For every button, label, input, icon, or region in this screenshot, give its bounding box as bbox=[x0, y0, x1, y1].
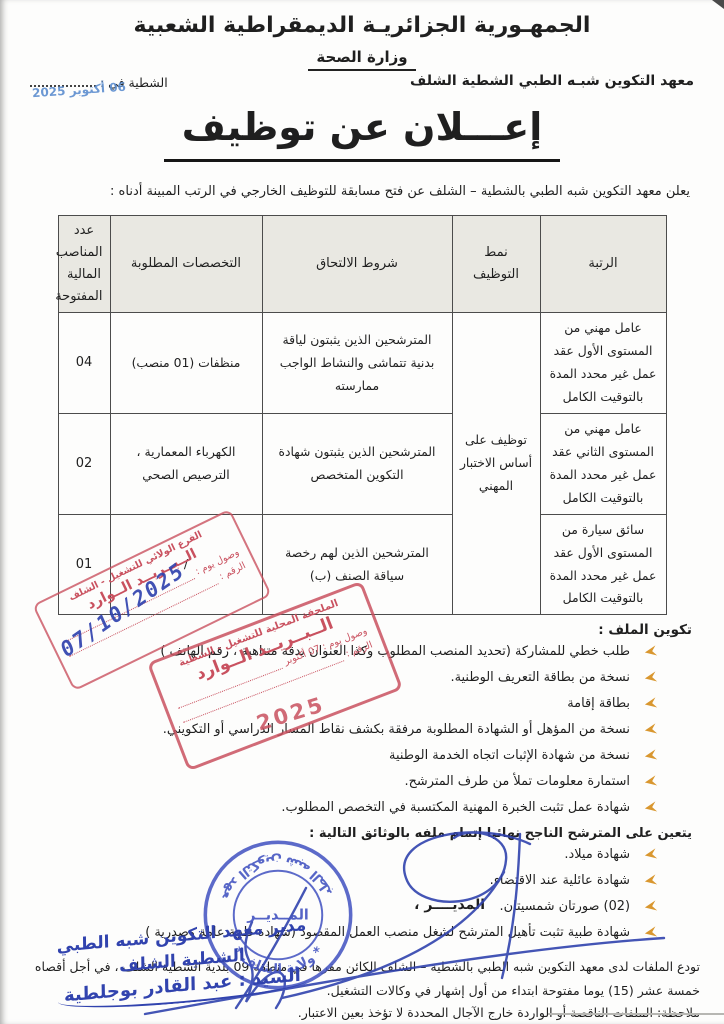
director-label: المديــــر ، bbox=[414, 897, 485, 913]
republic-title: الجمهـورية الجزائريـة الديمقراطية الشعبي… bbox=[0, 13, 724, 38]
arrow-bullet-icon bbox=[641, 644, 659, 666]
list-item-text: شهادة عمل تثبت الخبرة المهنية المكتسبة ف… bbox=[281, 800, 630, 815]
scan-artifact bbox=[548, 1013, 724, 1015]
arrow-bullet-icon bbox=[641, 800, 659, 822]
cell-specialties: منظفات (01 منصب) bbox=[110, 313, 262, 414]
list-item: نسخة من شهادة الإثبات اتجاه الخدمة الوطن… bbox=[26, 743, 660, 769]
scan-artifact bbox=[712, 0, 724, 9]
date-area: الشطية في : 06 أكتوبر 2025 bbox=[30, 75, 168, 90]
table-header-row: الرتبة نمط التوظيف شروط الالتحاق التخصصا… bbox=[58, 215, 666, 312]
cell-specialties: الكهرباء المعمارية ، الترصيص الصحي bbox=[110, 413, 262, 514]
arrow-bullet-icon bbox=[641, 774, 659, 796]
arrow-bullet-icon bbox=[641, 873, 659, 895]
scanned-document-page: الجمهـورية الجزائريـة الديمقراطية الشعبي… bbox=[0, 0, 724, 1024]
cell-rank: عامل مهني من المستوى الثاني عقد عمل غير … bbox=[540, 413, 666, 514]
institute-name: معهد التكوين شبـه الطبي الشطية الشلف bbox=[410, 73, 694, 89]
cell-rank: سائق سيارة من المستوى الأول عقد عمل غير … bbox=[540, 514, 666, 615]
table-row: عامل مهني من المستوى الثاني عقد عمل غير … bbox=[58, 413, 666, 514]
cell-conditions: المترشحين الذين يثبتون لياقة بدنية تتماش… bbox=[262, 313, 452, 414]
cell-recruitment-mode: توظيف على أساس الاختبار المهني bbox=[452, 313, 540, 615]
list-item-text: نسخة من بطاقة التعريف الوطنية. bbox=[451, 670, 630, 685]
header-row: معهد التكوين شبـه الطبي الشطية الشلف الش… bbox=[0, 73, 724, 90]
arrow-bullet-icon bbox=[641, 925, 659, 947]
final-documents-heading: يتعين على المترشح الناجح نهائيا إتمام مل… bbox=[26, 826, 692, 841]
list-item-text: بطاقة إقامة bbox=[567, 696, 630, 711]
list-item: استمارة معلومات تملأ من طرف المترشح. bbox=[26, 769, 660, 795]
header-conditions: شروط الالتحاق bbox=[262, 215, 452, 312]
arrow-bullet-icon bbox=[641, 899, 659, 921]
cell-rank: عامل مهني من المستوى الأول عقد عمل غير م… bbox=[540, 313, 666, 414]
list-item: نسخة من المؤهل أو الشهادة المطلوبة مرفقة… bbox=[26, 717, 660, 743]
cell-positions: 02 bbox=[58, 413, 110, 514]
header-rank: الرتبة bbox=[540, 215, 666, 312]
list-item-text: شهادة ميلاد. bbox=[564, 847, 630, 862]
table-row: عامل مهني من المستوى الأول عقد عمل غير م… bbox=[58, 313, 666, 414]
arrow-bullet-icon bbox=[641, 696, 659, 718]
list-item-text: نسخة من شهادة الإثبات اتجاه الخدمة الوطن… bbox=[389, 748, 630, 763]
header-specialties: التخصصات المطلوبة bbox=[110, 215, 262, 312]
ministry-title: وزارة الصحة bbox=[308, 48, 415, 71]
list-item-text: (02) صورتان شمسيتان. bbox=[500, 899, 631, 914]
intro-text: يعلن معهد التكوين شبه الطبي بالشطية – ال… bbox=[34, 182, 690, 203]
arrow-bullet-icon bbox=[641, 670, 659, 692]
list-item-text: شهادة عائلية عند الاقتضاء. bbox=[490, 873, 630, 888]
list-item-text: استمارة معلومات تملأ من طرف المترشح. bbox=[404, 774, 630, 789]
header-mode: نمط التوظيف bbox=[452, 215, 540, 312]
cell-positions: 04 bbox=[58, 313, 110, 414]
arrow-bullet-icon bbox=[641, 847, 659, 869]
page-title: إعـــلان عن توظيف bbox=[164, 104, 561, 162]
cell-conditions: المترشحين الذين يثبتون شهادة التكوين الم… bbox=[262, 413, 452, 514]
arrow-bullet-icon bbox=[641, 722, 659, 744]
arrow-bullet-icon bbox=[641, 748, 659, 770]
header-positions: عدد المناصب المالية المفتوحة bbox=[58, 215, 110, 312]
list-item: شهادة عمل تثبت الخبرة المهنية المكتسبة ف… bbox=[26, 795, 660, 821]
